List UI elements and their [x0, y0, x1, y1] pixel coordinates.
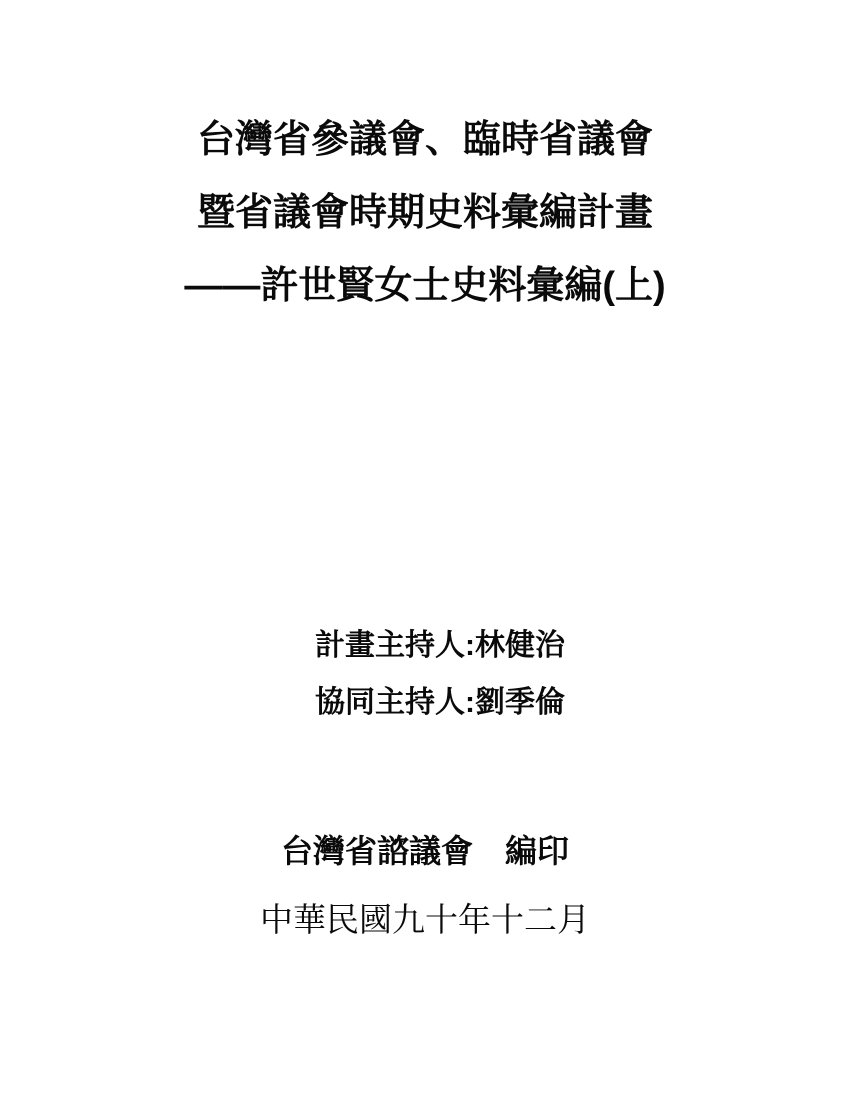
credits-block: 計畫主持人:林健治 協同主持人:劉季倫	[315, 617, 565, 731]
document-page: 台灣省參議會、臨時省議會 暨省議會時期史料彙編計畫 ——許世賢女士史料彙編(上)…	[0, 0, 850, 1097]
book-subtitle-line: ——許世賢女士史料彙編(上)	[0, 254, 850, 309]
publisher-line: 台灣省諮議會 編印	[0, 826, 850, 872]
book-title-line-2: 暨省議會時期史料彙編計畫	[0, 181, 850, 236]
co-investigator-line: 協同主持人:劉季倫	[315, 674, 565, 731]
publication-date-line: 中華民國九十年十二月	[0, 894, 850, 941]
principal-investigator-line: 計畫主持人:林健治	[315, 617, 565, 674]
book-title-line-1: 台灣省參議會、臨時省議會	[0, 108, 850, 163]
